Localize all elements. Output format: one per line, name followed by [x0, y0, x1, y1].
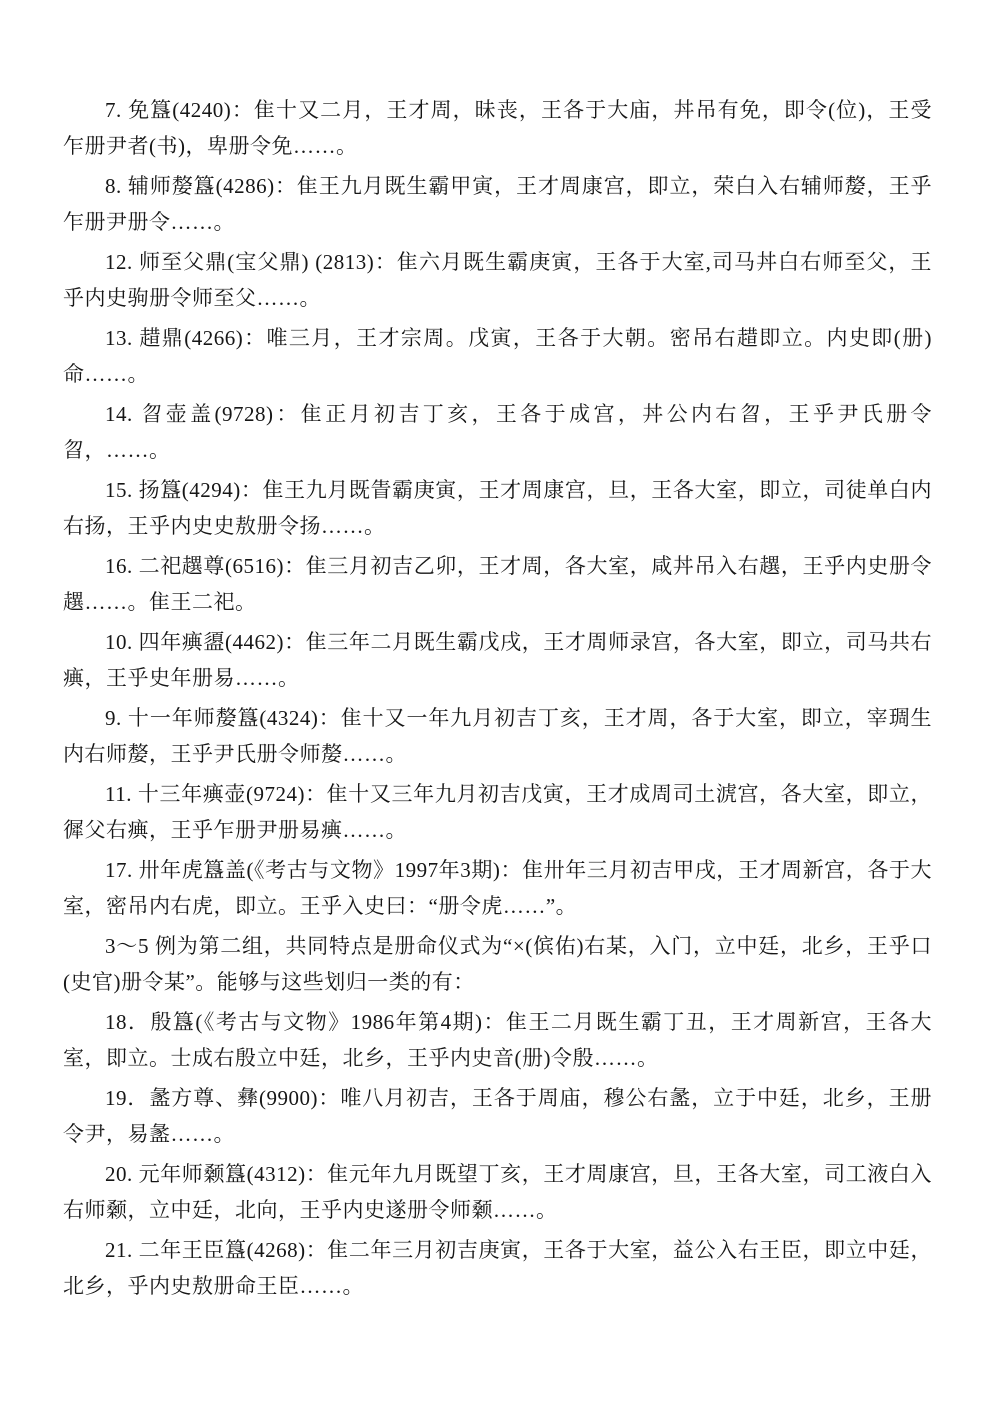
paragraph-item-14: 14. 曶壶盖(9728)：隹正月初吉丁亥，王各于成宫，丼公内右曶，王乎尹氏册令… — [63, 396, 932, 468]
paragraph-item-13: 13. 趞鼎(4266)：唯三月，王才宗周。戊寅，王各于大朝。密吊右趞即立。内史… — [63, 320, 932, 392]
paragraph-item-18: 18．殷簋(《考古与文物》1986年第4期)：隹王二月既生霸丁丑，王才周新宫，王… — [63, 1004, 932, 1076]
paragraph-item-17: 17. 卅年虎簋盖(《考古与文物》1997年3期)：隹卅年三月初吉甲戌，王才周新… — [63, 852, 932, 924]
paragraph-item-21: 21. 二年王臣簋(4268)：隹二年三月初吉庚寅，王各于大室，益公入右王臣，即… — [63, 1232, 932, 1304]
paragraph-item-15: 15. 扬簋(4294)：隹王九月既眚霸庚寅，王才周康宫，旦，王各大室，即立，司… — [63, 472, 932, 544]
paragraph-item-9: 9. 十一年师嫠簋(4324)：隹十又一年九月初吉丁亥，王才周，各于大室，即立，… — [63, 700, 932, 772]
paragraph-group-note: 3～5 例为第二组，共同特点是册命仪式为“×(傧佑)右某，入门，立中廷，北乡，王… — [63, 928, 932, 1000]
paragraph-item-7: 7. 免簋(4240)：隹十又二月，王才周，昧丧，王各于大庙，丼吊有免，即令(位… — [63, 92, 932, 164]
paragraph-item-19: 19．盠方尊、彝(9900)：唯八月初吉，王各于周庙，穆公右盠，立于中廷，北乡，… — [63, 1080, 932, 1152]
paragraph-item-16: 16. 二祀趩尊(6516)：隹三月初吉乙卯，王才周，各大室，咸丼吊入右趩，王乎… — [63, 548, 932, 620]
paragraph-item-11: 11. 十三年痶壶(9724)：隹十又三年九月初吉戊寅，王才成周司土淲宫，各大室… — [63, 776, 932, 848]
paragraph-item-20: 20. 元年师颡簋(4312)：隹元年九月既望丁亥，王才周康宫，旦，王各大室，司… — [63, 1156, 932, 1228]
paragraph-item-12: 12. 师至父鼎(宝父鼎) (2813)：隹六月既生霸庚寅，王各于大室,司马丼白… — [63, 244, 932, 316]
paragraph-item-8: 8. 辅师嫠簋(4286)：隹王九月既生霸甲寅，王才周康宫，即立，荣白入右辅师嫠… — [63, 168, 932, 240]
document-page: 7. 免簋(4240)：隹十又二月，王才周，昧丧，王各于大庙，丼吊有免，即令(位… — [0, 0, 992, 1403]
paragraph-item-10: 10. 四年痶盨(4462)：隹三年二月既生霸戊戌，王才周师录宫，各大室，即立，… — [63, 624, 932, 696]
